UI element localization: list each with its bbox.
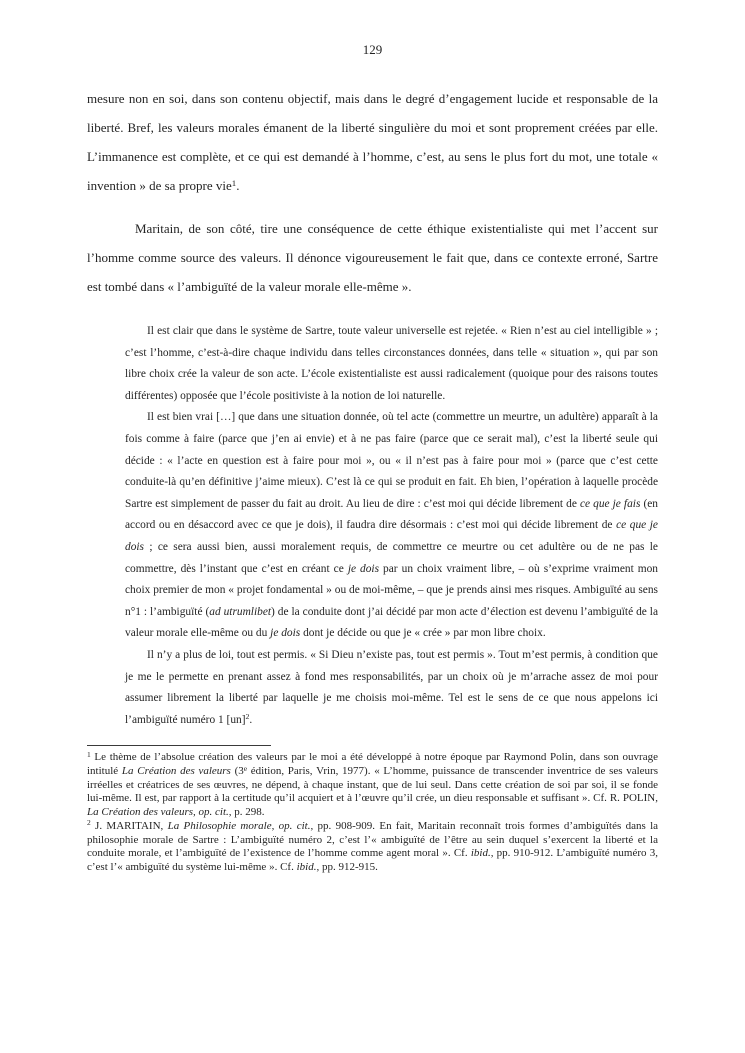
body-paragraph: mesure non en soi, dans son contenu obje… — [87, 84, 658, 200]
superscript-marker: 1 — [87, 750, 91, 759]
footnote: 1 Le thème de l’absolue création des val… — [87, 751, 658, 820]
block-quote: Il est clair que dans le système de Sart… — [125, 321, 658, 731]
page-number: 129 — [0, 0, 745, 58]
quote-paragraph: Il n’y a plus de loi, tout est permis. «… — [125, 645, 658, 731]
footnote-separator — [87, 745, 271, 746]
superscript-marker: 2 — [87, 818, 91, 827]
superscript-marker: 1 — [232, 178, 236, 188]
footnote: 2 J. MARITAIN, La Philosophie morale, op… — [87, 820, 658, 875]
body-paragraph: Maritain, de son côté, tire une conséque… — [87, 214, 658, 301]
quote-paragraph: Il est bien vrai […] que dans une situat… — [125, 407, 658, 645]
main-text: mesure non en soi, dans son contenu obje… — [87, 84, 658, 301]
superscript-marker: 2 — [246, 712, 250, 721]
superscript-marker: e — [244, 764, 247, 773]
document-page: 129 mesure non en soi, dans son contenu … — [0, 0, 745, 1053]
footnotes: 1 Le thème de l’absolue création des val… — [87, 751, 658, 874]
quote-paragraph: Il est clair que dans le système de Sart… — [125, 321, 658, 407]
